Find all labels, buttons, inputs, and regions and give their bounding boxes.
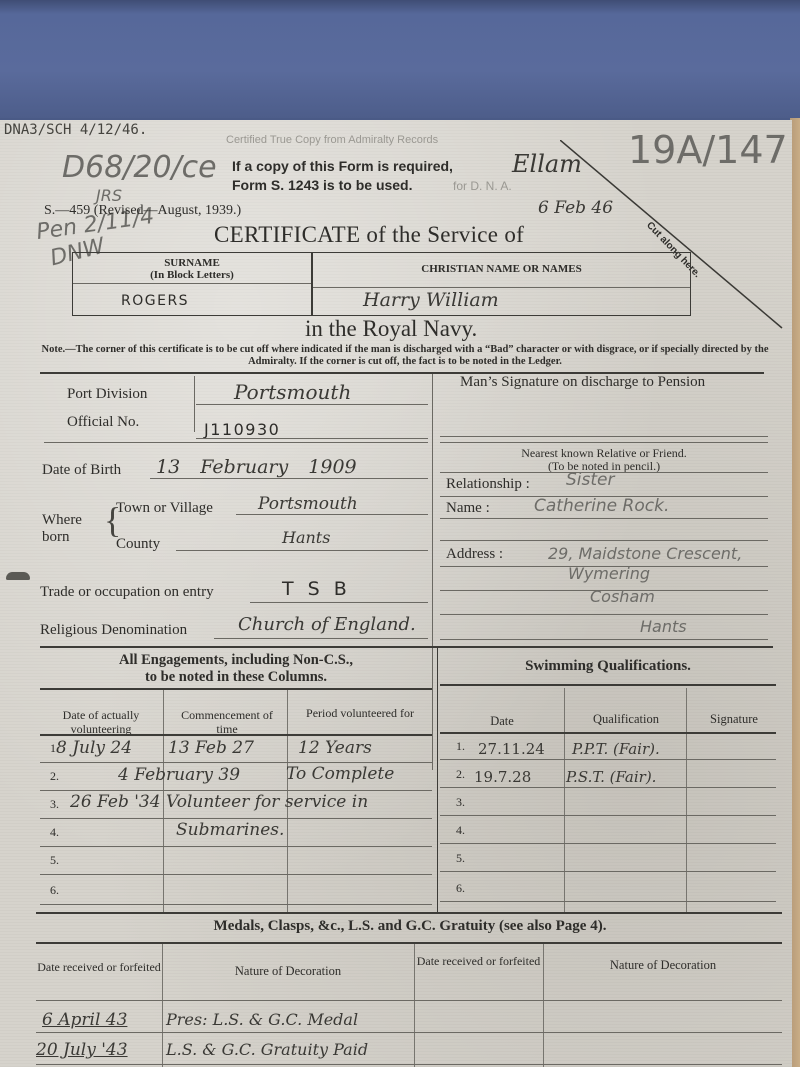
swimming-heading: Swimming Qualifications. — [440, 658, 776, 675]
address-line-2: Wymering — [568, 564, 650, 583]
medals-col-nature-2: Nature of Decoration — [543, 958, 783, 973]
address-label: Address : — [446, 546, 503, 563]
engagement-row-number: 6. — [50, 883, 59, 898]
pencil-reference: D68/20/ce — [62, 150, 217, 185]
swim-2-qualification: P.S.T. (Fair). — [566, 768, 656, 786]
address-line-3: Cosham — [590, 587, 655, 606]
surname-sublabel: (In Block Letters) — [73, 269, 311, 281]
frame-mat-top — [0, 0, 800, 118]
swimming-row-number: 1. — [456, 739, 465, 754]
medal-1-date: 6 April 43 — [42, 1010, 127, 1030]
relationship-value: Sister — [566, 470, 615, 490]
engagement-1-commencement: 13 Feb 27 — [168, 738, 254, 758]
engagement-row-rule — [40, 846, 432, 847]
stamp-for-dna: for D. N. A. — [453, 179, 512, 193]
town-value: Portsmouth — [258, 494, 358, 514]
trade-value: T S B — [282, 578, 351, 600]
swim-1-qualification: P.P.T. (Fair). — [572, 740, 660, 758]
reference-top-left: DNA3/SCH 4/12/46. — [4, 122, 147, 138]
engagement-row-rule — [40, 874, 432, 875]
engagement-row-number: 3. — [50, 797, 59, 812]
col-swim-signature: Signature — [688, 712, 780, 727]
engagement-1-date: 8 July 24 — [56, 738, 132, 758]
medals-heading: Medals, Clasps, &c., L.S. and G.C. Gratu… — [40, 918, 780, 935]
swimming-row-rule — [440, 901, 776, 902]
certificate-title: CERTIFICATE of the Service of — [214, 222, 524, 248]
frame-hook — [6, 572, 30, 580]
engagements-heading-line1: All Engagements, including Non-C.S., — [40, 652, 432, 669]
copy-notice-line2: Form S. 1243 is to be used. — [232, 177, 413, 193]
swim-2-date: 19.7.28 — [474, 768, 531, 786]
address-line-1: 29, Maidstone Crescent, — [548, 544, 742, 563]
engagement-2-commencement: 4 February 39 — [118, 765, 240, 785]
where-born-label: Where born — [42, 512, 92, 546]
col-date-volunteering: Date of actually volunteering — [40, 708, 162, 736]
engagement-4-commencement: Submarines. — [176, 820, 284, 840]
swimming-header-rule — [440, 732, 776, 734]
service-certificate: DNA3/SCH 4/12/46. D68/20/ce JRS Pen 2/11… — [0, 120, 792, 1067]
engagements-heading: All Engagements, including Non-C.S., to … — [40, 652, 432, 686]
medal-2-date: 20 July '43 — [36, 1040, 128, 1060]
certificate-subtitle: in the Royal Navy. — [305, 316, 477, 342]
engagement-1-period: 12 Years — [298, 738, 372, 758]
name-box: SURNAME (In Block Letters) CHRISTIAN NAM… — [72, 252, 691, 316]
official-no-value: J110930 — [204, 420, 280, 439]
engagement-2-period: To Complete — [286, 764, 394, 784]
port-division-value: Portsmouth — [234, 380, 351, 404]
swim-1-date: 27.11.24 — [478, 740, 545, 758]
official-no-label: Official No. — [67, 414, 139, 431]
relative-name-value: Catherine Rock. — [534, 496, 669, 516]
col-period: Period volunteered for — [290, 706, 430, 720]
swimming-row-rule — [440, 815, 776, 816]
christian-names-value: Harry William — [363, 289, 499, 311]
date-of-birth-value: 13 February 1909 — [156, 456, 357, 478]
swimming-row-number: 6. — [456, 881, 465, 896]
engagement-row-number: 4. — [50, 825, 59, 840]
town-label: Town or Village — [116, 500, 213, 517]
relationship-label: Relationship : — [446, 476, 530, 493]
swimming-row-rule — [440, 787, 776, 788]
medals-col-date-1: Date received or forfeited — [36, 960, 162, 974]
engagement-3-date: 26 Feb '34 — [70, 792, 161, 812]
swimming-row-rule — [440, 759, 776, 760]
medal-2-nature: L.S. & G.C. Gratuity Paid — [166, 1040, 368, 1059]
pension-signature-label: Man’s Signature on discharge to Pension — [460, 374, 705, 391]
medals-col-date-2: Date received or forfeited — [414, 954, 543, 968]
surname-label: SURNAME — [73, 257, 311, 269]
address-line-4: Hants — [640, 617, 687, 636]
swimming-row-number: 5. — [456, 851, 465, 866]
copy-notice-line1: If a copy of this Form is required, — [232, 158, 453, 174]
surname-value: ROGERS — [121, 293, 189, 309]
medal-1-nature: Pres: L.S. & G.C. Medal — [166, 1010, 358, 1029]
swimming-row-number: 3. — [456, 795, 465, 810]
medals-col-nature-1: Nature of Decoration — [162, 964, 414, 979]
engagement-row-rule — [40, 762, 432, 763]
engagement-row-rule — [40, 790, 432, 791]
county-value: Hants — [282, 528, 330, 547]
county-label: County — [116, 536, 160, 553]
swimming-row-rule — [440, 871, 776, 872]
engagements-header-rule — [40, 734, 432, 736]
relative-name-label: Name : — [446, 500, 490, 517]
form-number: S.—459 (Revised—August, 1939.) — [44, 203, 241, 219]
cut-corner-note: Note.—The corner of this certificate is … — [40, 344, 770, 368]
swimming-row-number: 4. — [456, 823, 465, 838]
col-swim-qualification: Qualification — [566, 712, 686, 727]
swimming-row-rule — [440, 843, 776, 844]
date-of-birth-label: Date of Birth — [42, 462, 121, 479]
engagement-row-number: 2. — [50, 769, 59, 784]
trade-label: Trade or occupation on entry — [40, 584, 214, 601]
religion-value: Church of England. — [238, 614, 416, 635]
engagement-row-rule — [40, 904, 432, 905]
engagement-3-commencement: Volunteer for service in — [166, 792, 368, 812]
col-commencement: Commencement of time — [172, 708, 282, 736]
engagements-heading-line2: to be noted in these Columns. — [40, 669, 432, 686]
engagement-row-rule — [40, 818, 432, 819]
swimming-row-number: 2. — [456, 767, 465, 782]
col-swim-date: Date — [440, 714, 564, 729]
engagement-row-number: 5. — [50, 853, 59, 868]
certified-stamp: Certified True Copy from Admiralty Recor… — [226, 134, 438, 146]
religion-label: Religious Denomination — [40, 622, 187, 639]
christian-name-label: CHRISTIAN NAME OR NAMES — [313, 263, 690, 275]
port-division-label: Port Division — [67, 386, 147, 403]
